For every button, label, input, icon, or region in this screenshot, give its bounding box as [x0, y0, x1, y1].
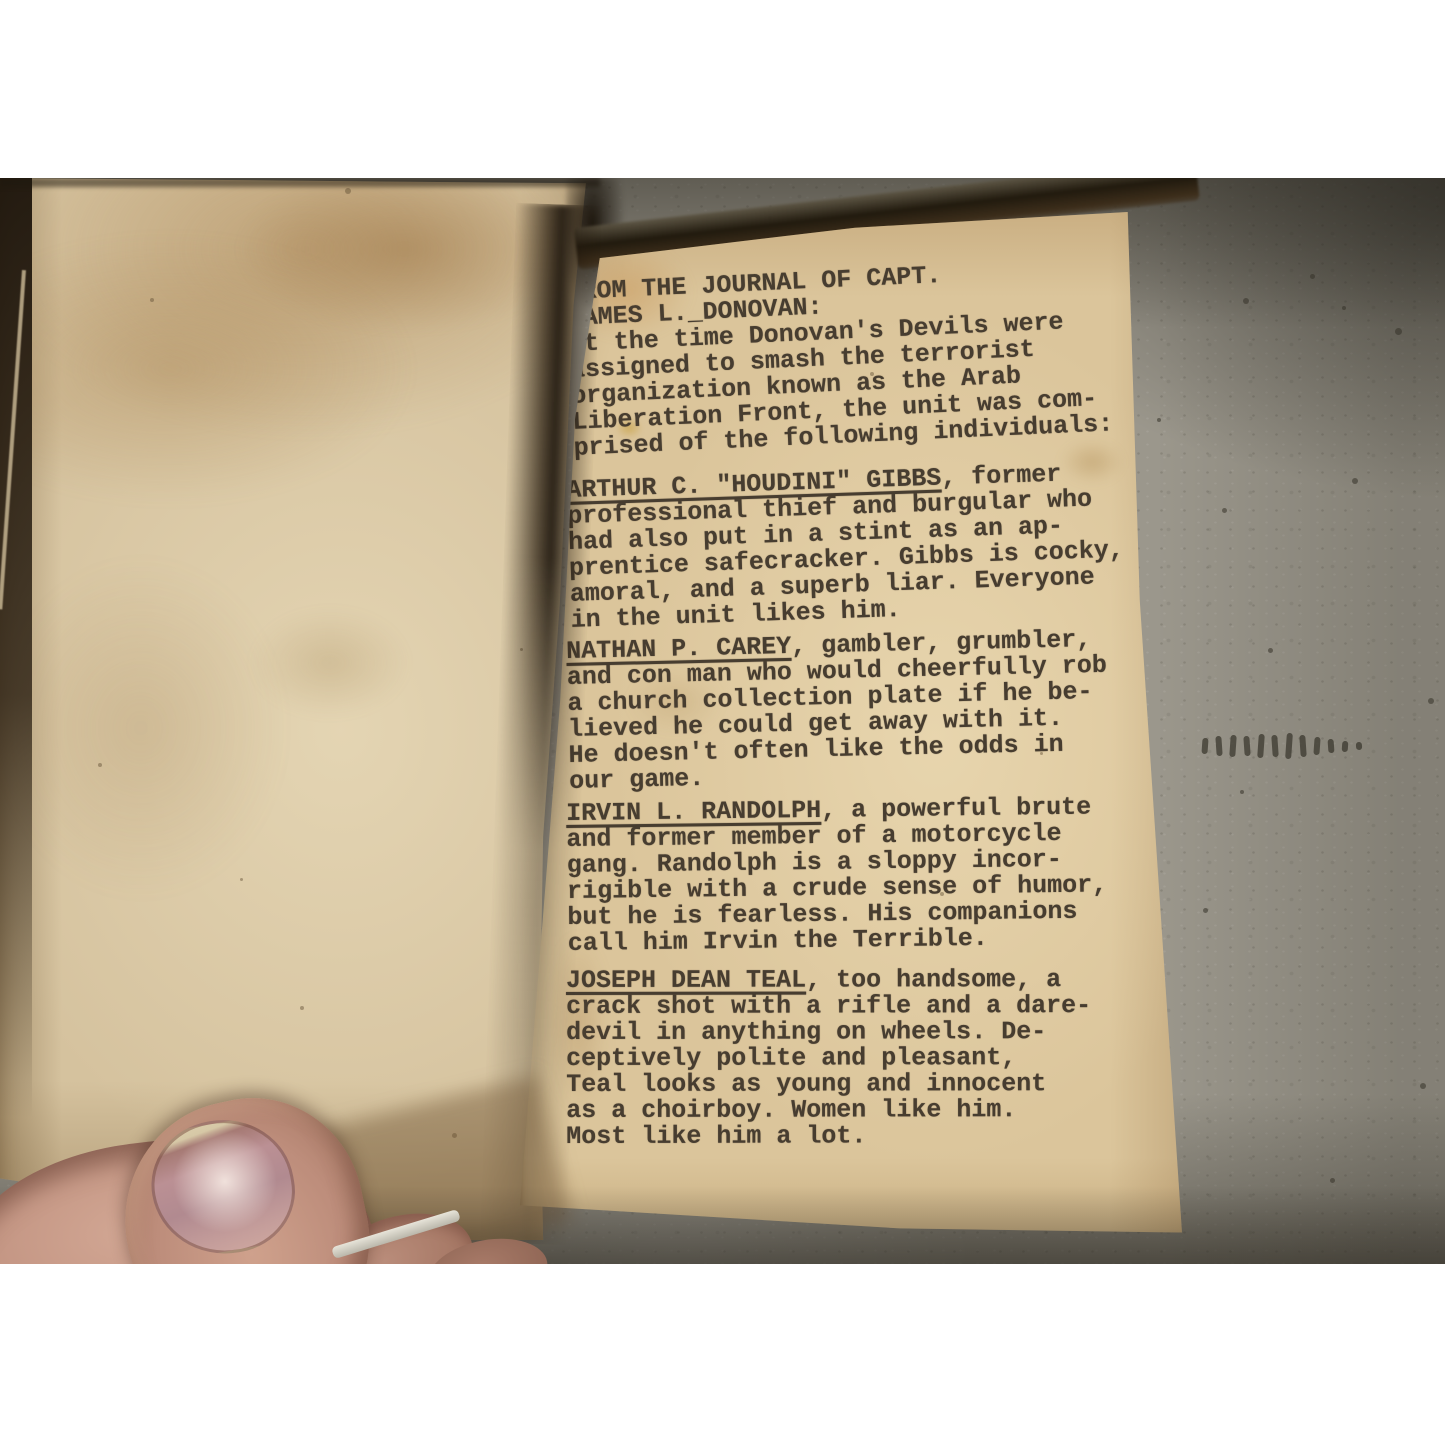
speck [1420, 1083, 1426, 1089]
paragraph: NATHAN P. CAREY, gambler, grumbler,and c… [566, 626, 1149, 795]
speck [1310, 274, 1315, 279]
water-stain [0, 558, 286, 898]
speck [98, 763, 102, 767]
stitch-mark [1356, 742, 1363, 750]
white-letterbox-bottom [0, 1264, 1445, 1445]
speck [1243, 298, 1249, 304]
stitch-mark [1215, 736, 1222, 756]
speck [345, 188, 351, 194]
typed-line: crack shot with a rifle and a dare- [566, 993, 1146, 1020]
speck [1352, 478, 1358, 484]
stitch-mark [1342, 740, 1349, 751]
typed-line: call him Irvin the Terrible. [568, 924, 1148, 957]
page-root: { "journal_page": { "paragraphs": [ { "n… [0, 0, 1445, 1445]
stitch-mark [1285, 733, 1293, 759]
paragraph: FROM THE JOURNAL OF CAPT.JAMES L._DONOVA… [566, 254, 1154, 462]
typed-line: devil in anything on wheels. De- [566, 1019, 1146, 1046]
typed-line: JOSEPH DEAN TEAL, too handsome, a [566, 967, 1146, 994]
white-letterbox-top [0, 0, 1445, 178]
speck [1342, 306, 1346, 310]
paragraph: IRVIN L. RANDOLPH, a powerful bruteand f… [566, 794, 1148, 957]
speck [1330, 1178, 1335, 1183]
stitch-mark [1243, 736, 1250, 756]
stitch-mark [1257, 734, 1265, 758]
speck [150, 298, 154, 302]
speck [1157, 418, 1161, 422]
paragraph: ARTHUR C. "HOUDINI" GIBBS, formerprofess… [566, 459, 1151, 634]
paragraph: JOSEPH DEAN TEAL, too handsome, acrack s… [566, 967, 1146, 1150]
book-photo: FROM THE JOURNAL OF CAPT.JAMES L._DONOVA… [0, 178, 1445, 1264]
typed-line: ceptively polite and pleasant, [566, 1045, 1146, 1072]
speck [1222, 508, 1227, 513]
book-cover-edge [0, 178, 32, 1118]
speck [240, 878, 243, 881]
speck [1395, 328, 1402, 335]
stitch-mark [1328, 739, 1335, 753]
speck [1240, 790, 1244, 794]
typed-line: as a choirboy. Women like him. [566, 1097, 1146, 1124]
underlined-name: JOSEPH DEAN TEAL [566, 966, 806, 995]
stitch-mark [1299, 735, 1307, 757]
speck [1428, 698, 1434, 704]
stitch-mark [1201, 738, 1208, 754]
speck [1203, 908, 1208, 913]
typewritten-text-block: FROM THE JOURNAL OF CAPT.JAMES L._DONOVA… [566, 280, 1146, 1150]
stitch-mark [1229, 735, 1237, 757]
stitch-mark [1271, 735, 1279, 757]
speck [300, 1006, 304, 1010]
stitch-mark [1313, 737, 1320, 755]
speck [1268, 648, 1273, 653]
water-stain [250, 608, 410, 718]
page-top-edge-line [0, 178, 600, 187]
typed-line: Most like him a lot. [566, 1123, 1146, 1150]
water-stain [6, 234, 416, 504]
typed-line: Teal looks as young and innocent [566, 1071, 1146, 1098]
typed-journal-page: FROM THE JOURNAL OF CAPT.JAMES L._DONOVA… [520, 192, 1190, 1242]
